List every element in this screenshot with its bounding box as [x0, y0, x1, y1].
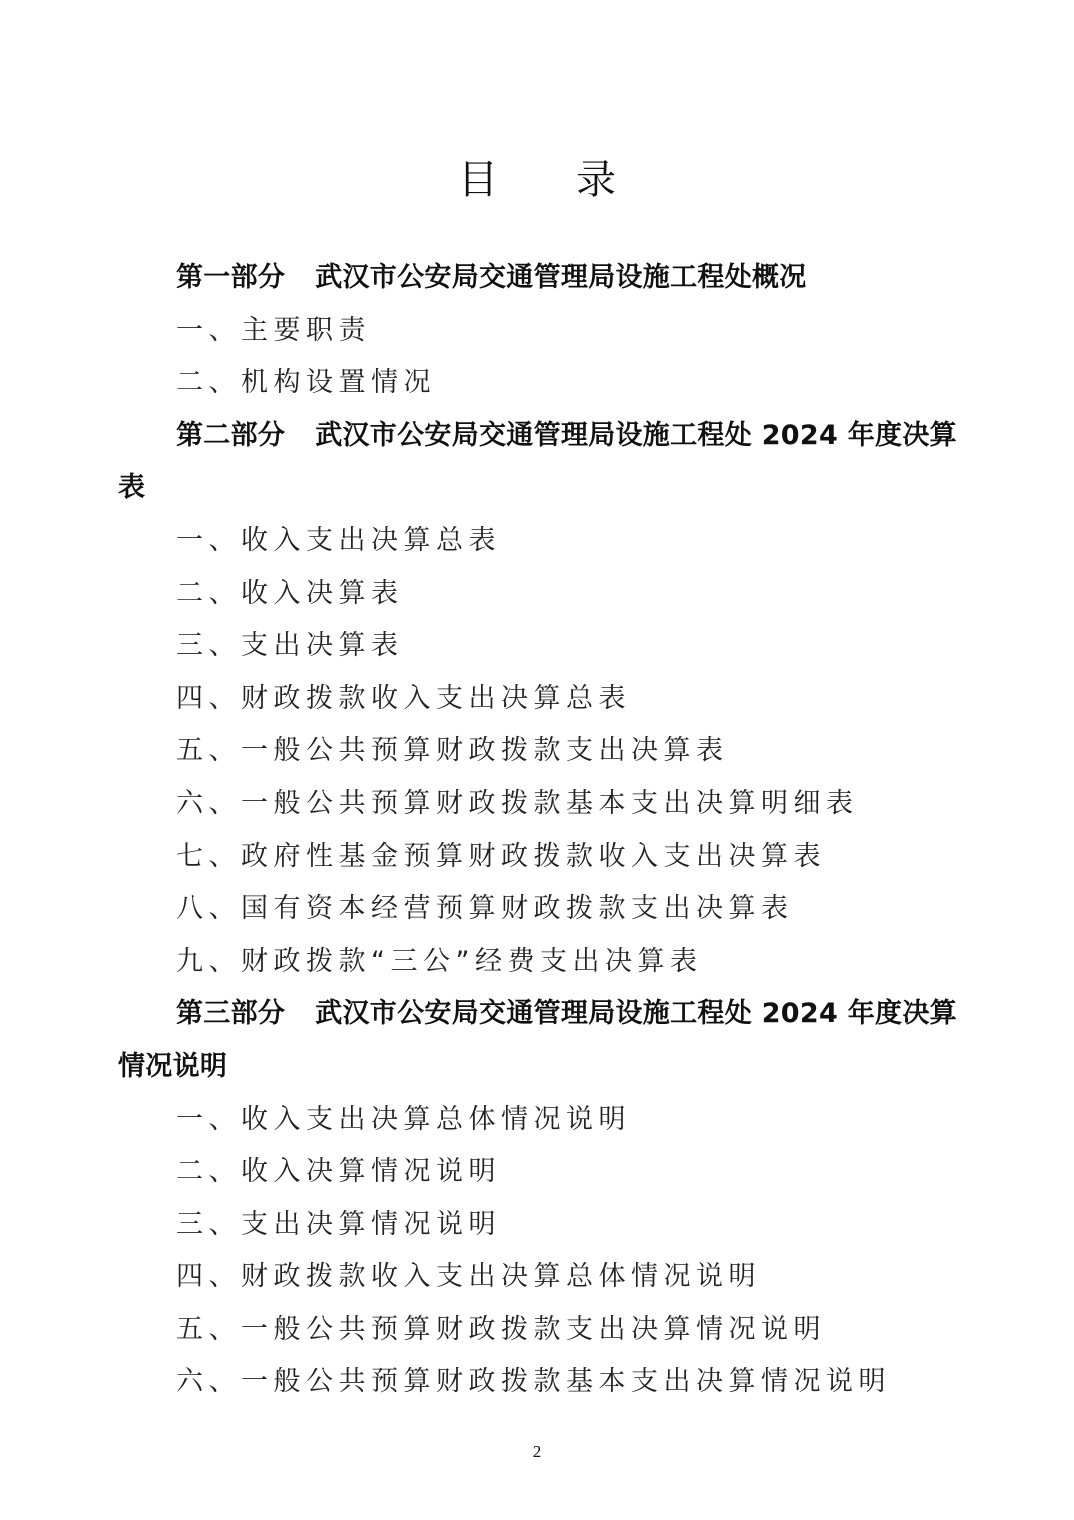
toc-item[interactable]: 五、一般公共预算财政拨款支出决算表	[118, 725, 964, 778]
toc-item[interactable]: 一、收入支出决算总表	[118, 515, 964, 568]
toc-item[interactable]: 九、财政拨款“三公”经费支出决算表	[118, 936, 964, 989]
title-char-2: 录	[576, 152, 616, 208]
toc-item[interactable]: 八、国有资本经营预算财政拨款支出决算表	[118, 883, 964, 936]
toc-item[interactable]: 三、支出决算情况说明	[118, 1199, 964, 1252]
part-label: 第一部分	[176, 262, 285, 293]
toc-item[interactable]: 三、支出决算表	[118, 620, 964, 673]
part-label: 第三部分	[176, 998, 285, 1029]
toc-item[interactable]: 二、收入决算表	[118, 568, 964, 621]
toc-item[interactable]: 一、收入支出决算总体情况说明	[118, 1094, 964, 1147]
part-title: 武汉市公安局交通管理局设施工程处概况	[315, 262, 806, 293]
toc-item[interactable]: 六、一般公共预算财政拨款基本支出决算明细表	[118, 778, 964, 831]
toc-part-2[interactable]: 第二部分武汉市公安局交通管理局设施工程处 2024 年度决算表	[118, 410, 964, 515]
page-title: 目录	[0, 152, 1074, 208]
part-label: 第二部分	[176, 420, 285, 451]
toc-item[interactable]: 七、政府性基金预算财政拨款收入支出决算表	[118, 831, 964, 884]
toc-item[interactable]: 一、主要职责	[118, 305, 964, 358]
table-of-contents: 第一部分武汉市公安局交通管理局设施工程处概况 一、主要职责 二、机构设置情况 第…	[118, 252, 964, 1409]
title-char-1: 目	[458, 152, 498, 208]
toc-part-1[interactable]: 第一部分武汉市公安局交通管理局设施工程处概况	[118, 252, 964, 305]
toc-item[interactable]: 四、财政拨款收入支出决算总体情况说明	[118, 1251, 964, 1304]
toc-item[interactable]: 六、一般公共预算财政拨款基本支出决算情况说明	[118, 1356, 964, 1409]
toc-item[interactable]: 二、机构设置情况	[118, 357, 964, 410]
page-number: 2	[0, 1442, 1074, 1462]
toc-item[interactable]: 四、财政拨款收入支出决算总表	[118, 673, 964, 726]
toc-part-3[interactable]: 第三部分武汉市公安局交通管理局设施工程处 2024 年度决算情况说明	[118, 988, 964, 1093]
toc-item[interactable]: 二、收入决算情况说明	[118, 1146, 964, 1199]
toc-item[interactable]: 五、一般公共预算财政拨款支出决算情况说明	[118, 1304, 964, 1357]
